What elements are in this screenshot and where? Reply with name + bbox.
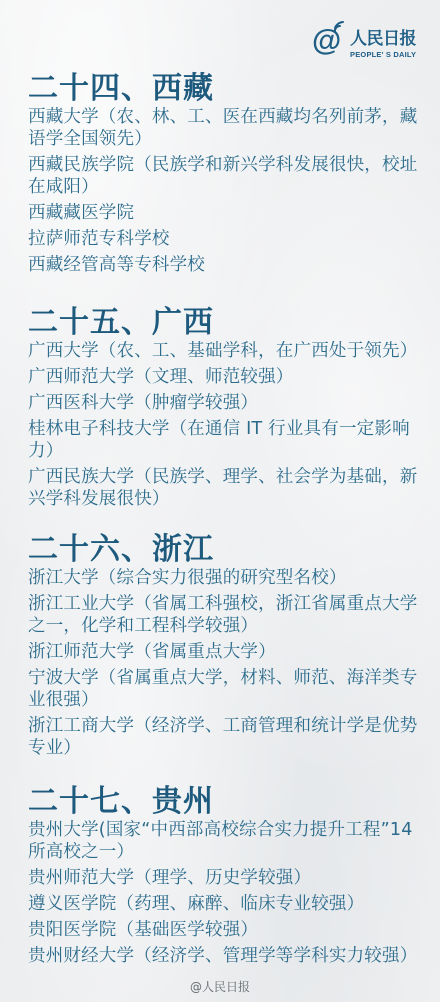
list-item: 广西师范大学（文理、师范较强） xyxy=(28,366,428,388)
list-item: 桂林电子科技大学（在通信 IT 行业具有一定影响力） xyxy=(28,418,428,462)
list-item: 西藏藏医学院 xyxy=(28,202,428,224)
list-item: 浙江工商大学（经济学、工商管理和统计学是优势专业） xyxy=(28,715,428,759)
peoples-daily-logo: @ 人民日报 PEOPLE' S DAILY xyxy=(312,20,432,64)
list-item: 西藏民族学院（民族学和新兴学科发展很快，校址在咸阳） xyxy=(28,154,428,198)
section-title: 二十四、西藏 xyxy=(28,72,428,106)
section-zhejiang: 二十六、浙江 浙江大学（综合实力很强的研究型名校） 浙江工业大学（省属工科强校，… xyxy=(28,533,428,763)
logo-name-en: PEOPLE' S DAILY xyxy=(350,51,416,59)
list-item: 西藏大学（农、林、工、医在西藏均名列前茅，藏语学全国领先） xyxy=(28,106,428,150)
section-title: 二十六、浙江 xyxy=(28,533,428,567)
logo-name-cn: 人民日报 xyxy=(350,30,416,48)
list-item: 遵义医学院（药理、麻醉、临床专业较强） xyxy=(28,893,428,915)
list-item: 西藏经管高等专科学校 xyxy=(28,254,428,276)
list-item: 贵州师范大学（理学、历史学较强） xyxy=(28,867,428,889)
list-item: 浙江师范大学（省属重点大学） xyxy=(28,641,428,663)
list-item: 贵阳医学院（基础医学较强） xyxy=(28,919,428,941)
list-item: 拉萨师范专科学校 xyxy=(28,228,428,250)
section-guizhou: 二十七、贵州 贵州大学(国家“中西部高校综合实力提升工程”14 所高校之一） 贵… xyxy=(28,785,428,971)
signal-waves-icon xyxy=(332,20,348,36)
list-item: 贵州财经大学（经济学、管理学等学科实力较强） xyxy=(28,945,428,967)
list-item: 浙江工业大学（省属工科强校，浙江省属重点大学之一，化学和工程科学较强） xyxy=(28,593,428,637)
list-item: 浙江大学（综合实力很强的研究型名校） xyxy=(28,567,428,589)
list-item: 广西医科大学（肿瘤学较强） xyxy=(28,392,428,414)
section-guangxi: 二十五、广西 广西大学（农、工、基础学科，在广西处于领先） 广西师范大学（文理、… xyxy=(28,306,428,514)
list-item: 广西大学（农、工、基础学科，在广西处于领先） xyxy=(28,340,428,362)
list-item: 广西民族大学（民族学、理学、社会学为基础，新兴学科发展很快） xyxy=(28,466,428,510)
section-tibet: 二十四、西藏 西藏大学（农、林、工、医在西藏均名列前茅，藏语学全国领先） 西藏民… xyxy=(28,72,428,280)
footer-watermark: @人民日报 xyxy=(0,978,440,995)
section-title: 二十五、广西 xyxy=(28,306,428,340)
section-title: 二十七、贵州 xyxy=(28,785,428,819)
list-item: 贵州大学(国家“中西部高校综合实力提升工程”14 所高校之一） xyxy=(28,819,428,863)
list-item: 宁波大学（省属重点大学，材料、师范、海洋类专业很强） xyxy=(28,667,428,711)
